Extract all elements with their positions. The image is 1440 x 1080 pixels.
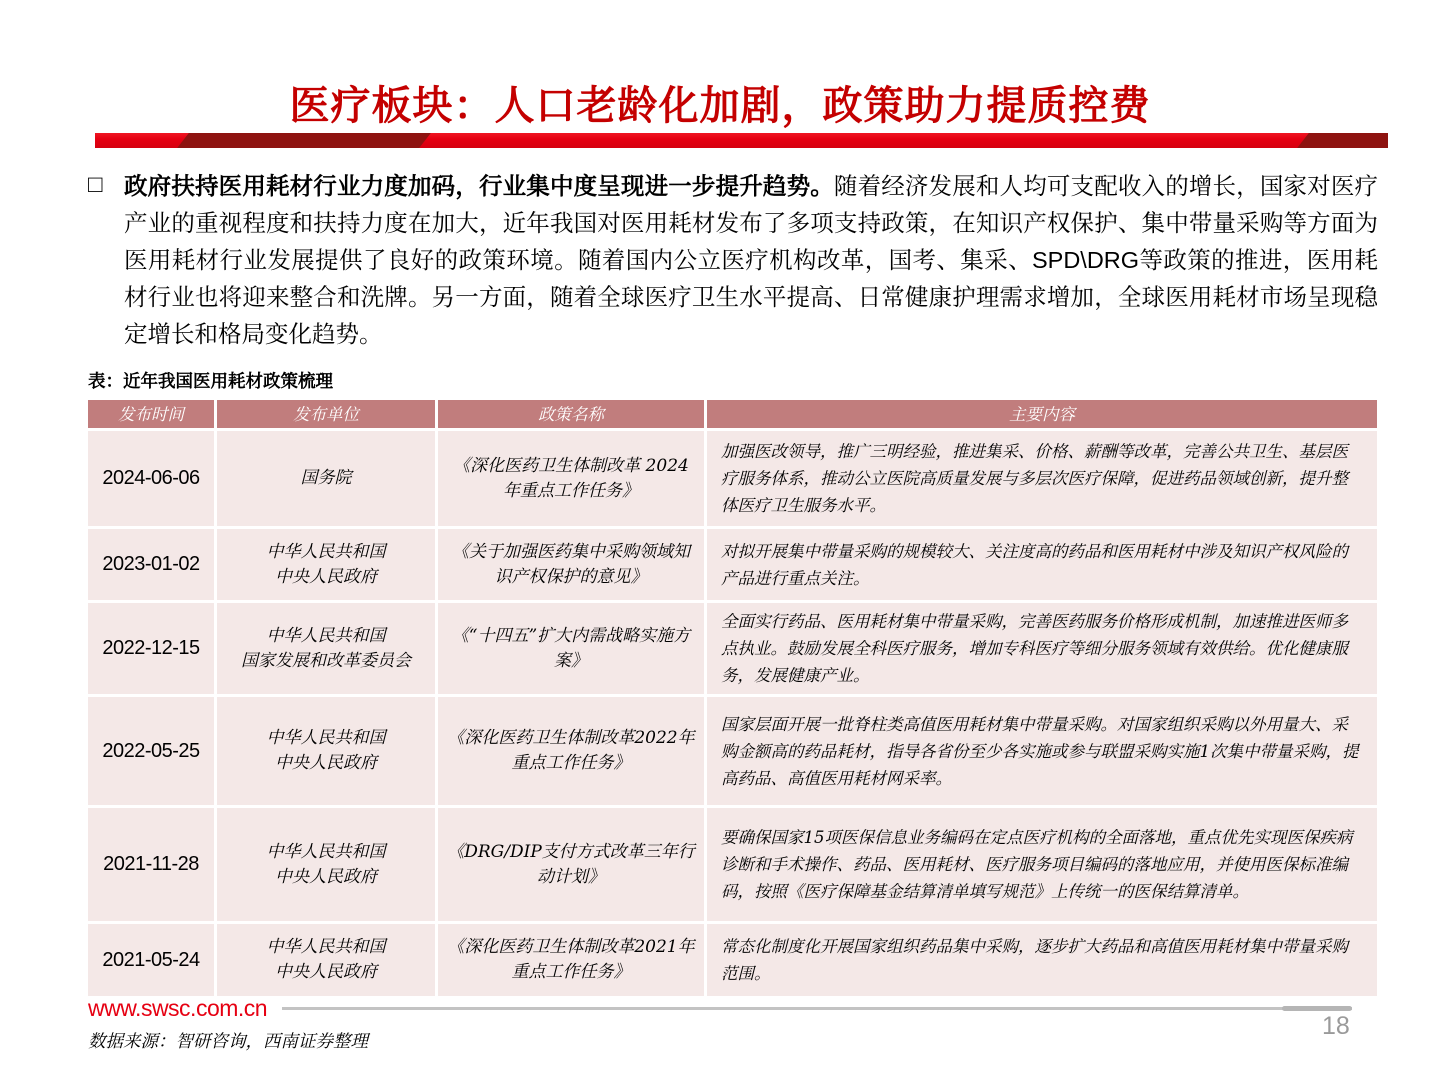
table-cell-policy: 《深化医药卫生体制改革2022年重点工作任务》 (438, 697, 704, 805)
company-website-link[interactable]: www.swsc.com.cn (88, 995, 267, 1022)
table-cell-content: 对拟开展集中带量采购的规模较大、关注度高的药品和医用耗材中涉及知识产权风险的产品… (707, 529, 1377, 600)
table-cell-unit: 国务院 (217, 431, 435, 526)
table-cell-date: 2022-05-25 (88, 697, 214, 805)
policy-table: 发布时间 发布单位 政策名称 主要内容 2024-06-06 国务院 《深化医药… (88, 400, 1377, 996)
table-cell-policy: 《“十四五”扩大内需战略实施方案》 (438, 603, 704, 694)
table-cell-policy: 《关于加强医药集中采购领域知识产权保护的意见》 (438, 529, 704, 600)
table-cell-unit: 中华人民共和国 中央人民政府 (217, 924, 435, 996)
page-title: 医疗板块：人口老龄化加剧，政策助力提质控费 (0, 74, 1440, 131)
summary-paragraph: □ 政府扶持医用耗材行业力度加码，行业集中度呈现进一步提升趋势。随着经济发展和人… (88, 168, 1378, 353)
table-cell-content: 全面实行药品、医用耗材集中带量采购，完善医药服务价格形成机制，加速推进医师多点执… (707, 603, 1377, 694)
divider-dark-segment-left (177, 133, 431, 148)
table-cell-date: 2021-05-24 (88, 924, 214, 996)
column-header-unit: 发布单位 (217, 400, 435, 428)
table-cell-policy: 《深化医药卫生体制改革2021年重点工作任务》 (438, 924, 704, 996)
table-cell-policy: 《深化医药卫生体制改革 2024年重点工作任务》 (438, 431, 704, 526)
column-header-date: 发布时间 (88, 400, 214, 428)
footer-divider-line-cap (1282, 1006, 1352, 1011)
table-cell-content: 常态化制度化开展国家组织药品集中采购，逐步扩大药品和高值医用耗材集中带量采购范围… (707, 924, 1377, 996)
table-cell-unit: 中华人民共和国 中央人民政府 (217, 808, 435, 921)
column-header-policy: 政策名称 (438, 400, 704, 428)
table-cell-unit: 中华人民共和国 国家发展和改革委员会 (217, 603, 435, 694)
summary-text-bold: 政府扶持医用耗材行业力度加码，行业集中度呈现进一步提升趋势。 (124, 173, 834, 199)
table-cell-date: 2021-11-28 (88, 808, 214, 921)
table-cell-date: 2023-01-02 (88, 529, 214, 600)
square-bullet-icon: □ (88, 173, 103, 197)
table-cell-date: 2024-06-06 (88, 431, 214, 526)
summary-text-rest: 随着经济发展和人均可支配收入的增长，国家对医疗产业的重视程度和扶持力度在加大，近… (124, 173, 1378, 347)
table-cell-unit: 中华人民共和国 中央人民政府 (217, 529, 435, 600)
table-cell-unit: 中华人民共和国 中央人民政府 (217, 697, 435, 805)
footer-divider-line (282, 1007, 1352, 1010)
table-cell-content: 加强医改领导，推广三明经验，推进集采、价格、薪酬等改革，完善公共卫生、基层医疗服… (707, 431, 1377, 526)
table-cell-content: 国家层面开展一批脊柱类高值医用耗材集中带量采购。对国家组织采购以外用量大、采购金… (707, 697, 1377, 805)
slide: 医疗板块：人口老龄化加剧，政策助力提质控费 □ 政府扶持医用耗材行业力度加码，行… (0, 0, 1440, 1080)
summary-text: 政府扶持医用耗材行业力度加码，行业集中度呈现进一步提升趋势。随着经济发展和人均可… (124, 168, 1378, 353)
table-cell-date: 2022-12-15 (88, 603, 214, 694)
table-caption: 表：近年我国医用耗材政策梳理 (88, 368, 333, 393)
table-cell-policy: 《DRG/DIP支付方式改革三年行动计划》 (438, 808, 704, 921)
divider-bar (95, 133, 1388, 148)
page-number: 18 (1322, 1012, 1350, 1041)
divider-dark-segment-right (1297, 133, 1388, 148)
column-header-content: 主要内容 (707, 400, 1377, 428)
data-source-note: 数据来源：智研咨询，西南证券整理 (88, 1028, 368, 1053)
table-cell-content: 要确保国家15项医保信息业务编码在定点医疗机构的全面落地，重点优先实现医保疾病诊… (707, 808, 1377, 921)
